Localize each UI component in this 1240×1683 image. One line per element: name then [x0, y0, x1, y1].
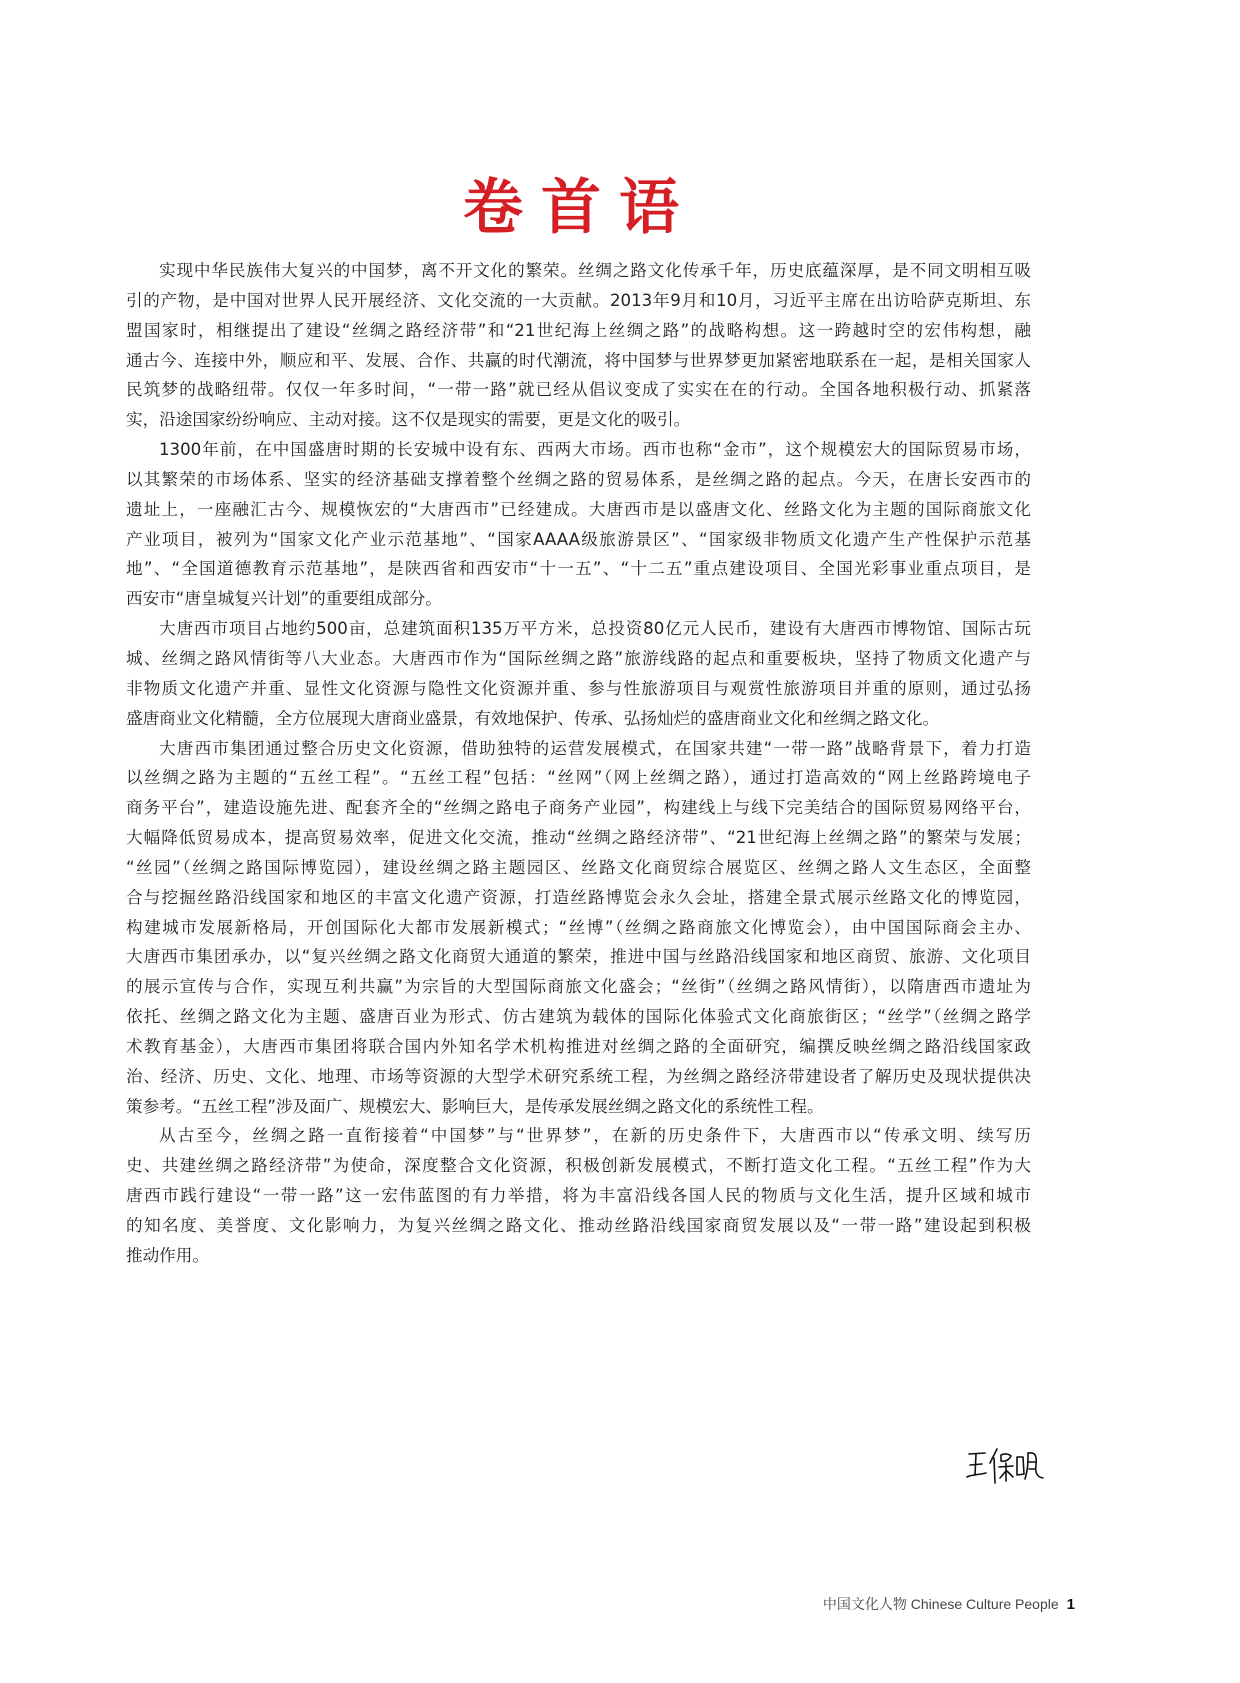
text-line: 城、丝绸之路风情街等八大业态。大唐西市作为“国际丝绸之路”旅游线路的起点和重要板…: [126, 644, 1031, 674]
paragraph-3: 大唐西市项目占地约500亩，总建筑面积135万平方米，总投资80亿元人民币，建设…: [126, 614, 1031, 733]
text-line: 遗址上，一座融汇古今、规模恢宏的“大唐西市”已经建成。大唐西市是以盛唐文化、丝路…: [126, 495, 1031, 525]
text-line: 的知名度、美誉度、文化影响力，为复兴丝绸之路文化、推动丝路沿线国家商贸发展以及“…: [126, 1211, 1031, 1241]
text-line: 从古至今，丝绸之路一直衔接着“中国梦”与“世界梦”，在新的历史条件下，大唐西市以…: [126, 1121, 1031, 1151]
handwritten-signature-icon: [965, 1445, 1055, 1485]
text-line: 大唐西市项目占地约500亩，总建筑面积135万平方米，总投资80亿元人民币，建设…: [126, 614, 1031, 644]
text-line: 通古今、连接中外，顺应和平、发展、合作、共赢的时代潮流，将中国梦与世界梦更加紧密…: [126, 346, 1031, 376]
text-line: 盛唐商业文化精髓，全方位展现大唐商业盛景，有效地保护、传承、弘扬灿烂的盛唐商业文…: [126, 704, 1031, 734]
text-line: “丝园”（丝绸之路国际博览园），建设丝绸之路主题园区、丝路文化商贸综合展览区、丝…: [126, 853, 1031, 883]
text-line: 合与挖掘丝路沿线国家和地区的丰富文化遗产资源，打造丝路博览会永久会址，搭建全景式…: [126, 883, 1031, 913]
text-line: 商务平台”，建造设施先进、配套齐全的“丝绸之路电子商务产业园”，构建线上与线下完…: [126, 793, 1031, 823]
page-footer: 中国文化人物 Chinese Culture People1: [823, 1594, 1075, 1614]
paragraph-4: 大唐西市集团通过整合历史文化资源，借助独特的运营发展模式，在国家共建“一带一路”…: [126, 734, 1031, 1122]
text-line: 实现中华民族伟大复兴的中国梦，离不开文化的繁荣。丝绸之路文化传承千年，历史底蕴深…: [126, 256, 1031, 286]
text-line: 大唐西市集团承办，以“复兴丝绸之路文化商贸大通道的繁荣，推进中国与丝路沿线国家和…: [126, 942, 1031, 972]
text-line: 治、经济、历史、文化、地理、市场等资源的大型学术研究系统工程，为丝绸之路经济带建…: [126, 1062, 1031, 1092]
text-line: 西安市“唐皇城复兴计划”的重要组成部分。: [126, 584, 1031, 614]
text-line: 大唐西市集团通过整合历史文化资源，借助独特的运营发展模式，在国家共建“一带一路”…: [126, 734, 1031, 764]
text-line: 史、共建丝绸之路经济带”为使命，深度整合文化资源，积极创新发展模式，不断打造文化…: [126, 1151, 1031, 1181]
text-line: 产业项目，被列为“国家文化产业示范基地”、“国家AAAA级旅游景区”、“国家级非…: [126, 525, 1031, 555]
text-line: 1300年前，在中国盛唐时期的长安城中设有东、西两大市场。西市也称“金市”，这个…: [126, 435, 1031, 465]
text-line: 唐西市践行建设“一带一路”这一宏伟蓝图的有力举措，将为丰富沿线各国人民的物质与文…: [126, 1181, 1031, 1211]
paragraph-2: 1300年前，在中国盛唐时期的长安城中设有东、西两大市场。西市也称“金市”，这个…: [126, 435, 1031, 614]
article-body: 实现中华民族伟大复兴的中国梦，离不开文化的繁荣。丝绸之路文化传承千年，历史底蕴深…: [126, 256, 1031, 1271]
text-line: 以丝绸之路为主题的“五丝工程”。“五丝工程”包括：“丝网”（网上丝绸之路），通过…: [126, 763, 1031, 793]
text-line: 以其繁荣的市场体系、坚实的经济基础支撑着整个丝绸之路的贸易体系，是丝绸之路的起点…: [126, 465, 1031, 495]
text-line: 引的产物，是中国对世界人民开展经济、文化交流的一大贡献。2013年9月和10月，…: [126, 286, 1031, 316]
text-line: 实，沿途国家纷纷响应、主动对接。这不仅是现实的需要，更是文化的吸引。: [126, 405, 1031, 435]
page-title: 卷首语: [0, 168, 1160, 248]
text-line: 推动作用。: [126, 1241, 1031, 1271]
text-line: 依托、丝绸之路文化为主题、盛唐百业为形式、仿古建筑为载体的国际化体验式文化商旅街…: [126, 1002, 1031, 1032]
publication-name: 中国文化人物 Chinese Culture People: [823, 1596, 1059, 1612]
text-line: 地”、“全国道德教育示范基地”，是陕西省和西安市“十一五”、“十二五”重点建设项…: [126, 554, 1031, 584]
text-line: 策参考。“五丝工程”涉及面广、规模宏大、影响巨大，是传承发展丝绸之路文化的系统性…: [126, 1092, 1031, 1122]
paragraph-1: 实现中华民族伟大复兴的中国梦，离不开文化的繁荣。丝绸之路文化传承千年，历史底蕴深…: [126, 256, 1031, 435]
text-line: 盟国家时，相继提出了建设“丝绸之路经济带”和“21世纪海上丝绸之路”的战略构想。…: [126, 316, 1031, 346]
paragraph-5: 从古至今，丝绸之路一直衔接着“中国梦”与“世界梦”，在新的历史条件下，大唐西市以…: [126, 1121, 1031, 1270]
text-line: 的展示宣传与合作，实现互利共赢”为宗旨的大型国际商旅文化盛会；“丝街”（丝绸之路…: [126, 972, 1031, 1002]
text-line: 大幅降低贸易成本，提高贸易效率，促进文化交流，推动“丝绸之路经济带”、“21世纪…: [126, 823, 1031, 853]
text-line: 术教育基金），大唐西市集团将联合国内外知名学术机构推进对丝绸之路的全面研究，编撰…: [126, 1032, 1031, 1062]
text-line: 构建城市发展新格局，开创国际化大都市发展新模式；“丝博”（丝绸之路商旅文化博览会…: [126, 913, 1031, 943]
text-line: 非物质文化遗产并重、显性文化资源与隐性文化资源并重、参与性旅游项目与观赏性旅游项…: [126, 674, 1031, 704]
page-number: 1: [1067, 1596, 1075, 1613]
text-line: 民筑梦的战略纽带。仅仅一年多时间，“一带一路”就已经从倡议变成了实实在在的行动。…: [126, 375, 1031, 405]
